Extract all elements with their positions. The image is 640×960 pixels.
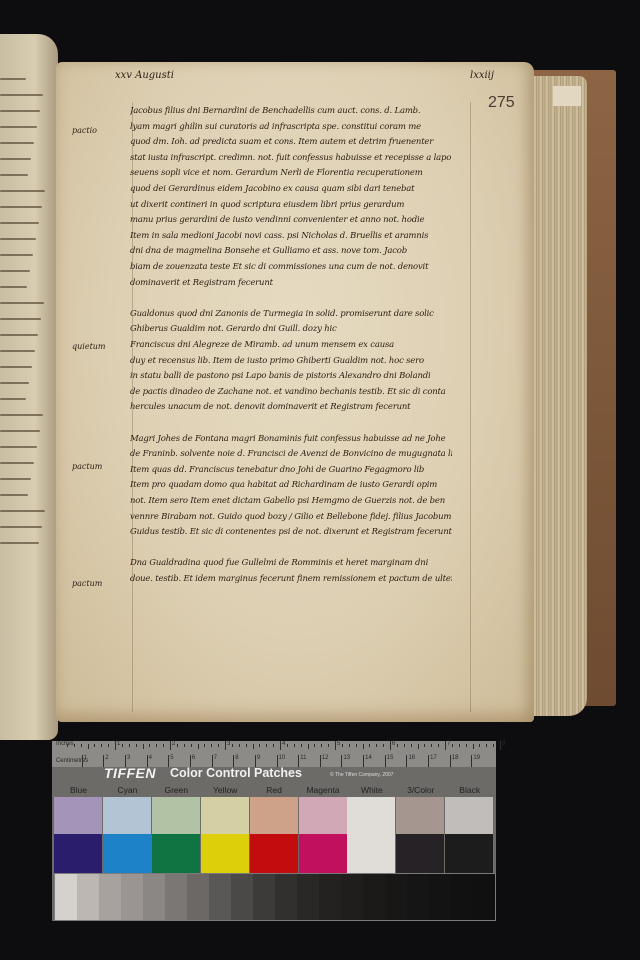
- margin-note: pactio: [72, 126, 97, 135]
- manuscript-line: de pactis dinadeo de Zachane not. et van…: [130, 387, 452, 398]
- color-patch-light: [152, 797, 200, 834]
- ruler-subtick: [479, 744, 480, 747]
- page-block-edges: [525, 76, 587, 716]
- left-page-line: [0, 142, 34, 144]
- cm-mark: 12: [322, 755, 329, 761]
- inches-label: Inches: [56, 741, 74, 747]
- ruler-subtick: [273, 744, 274, 747]
- cm-mark: 15: [387, 755, 394, 761]
- left-page-line: [0, 270, 30, 272]
- manuscript-line: vennre Birabam not. Guido quod bozy / Gi…: [130, 512, 452, 523]
- ruler-subtick: [198, 744, 199, 749]
- left-page-line: [0, 398, 26, 400]
- color-patch-saturated: [201, 834, 249, 873]
- patch-label-magenta: Magenta: [299, 785, 348, 795]
- grey-step: [385, 874, 407, 920]
- color-patch-light: [445, 797, 493, 834]
- ruler-subtick: [136, 744, 137, 747]
- manuscript-line: Ghiberus Gualdim not. Gerardo dni Guill.…: [130, 324, 452, 335]
- patch-label-red: Red: [250, 785, 299, 795]
- ruler-subtick: [349, 744, 350, 747]
- inch-tick: [280, 741, 281, 750]
- color-patch-light: [299, 797, 347, 834]
- ruler-subtick: [239, 744, 240, 747]
- left-page-line: [0, 94, 43, 96]
- ruler-subtick: [129, 744, 130, 747]
- manuscript-line: duy et recensus lib. Item de iusto primo…: [130, 356, 452, 367]
- manuscript-line: dominaverit et Registram fecerunt: [130, 278, 452, 289]
- grey-step: [341, 874, 363, 920]
- left-page-line: [0, 238, 36, 240]
- manuscript-text-block: Jacobus filius dni Bernardini de Benchad…: [130, 106, 452, 606]
- inch-mark: 2: [172, 741, 175, 747]
- left-page-line: [0, 286, 27, 288]
- grey-step: [165, 874, 187, 920]
- manuscript-line: biam de zouenzata teste Et sic di commis…: [130, 262, 452, 273]
- left-page-line: [0, 366, 32, 368]
- manuscript-line: ut dixerit contineri in quod scriptura e…: [130, 200, 452, 211]
- ruler-subtick: [328, 744, 329, 747]
- left-page-line: [0, 254, 33, 256]
- color-patch-light: [250, 797, 298, 834]
- patch-label-3-color: 3/Color: [396, 785, 445, 795]
- manuscript-line: lyam magri ghilin sui curatoris ad infra…: [130, 122, 452, 133]
- ruler-subtick: [204, 744, 205, 747]
- cm-mark: 5: [170, 755, 173, 761]
- left-page-line: [0, 494, 28, 496]
- ruler-subtick: [108, 744, 109, 747]
- grey-step: [297, 874, 319, 920]
- inch-tick: [500, 741, 501, 750]
- manuscript-line: de Franinb. solvente noie d. Francisci d…: [130, 449, 452, 460]
- ruler-subtick: [424, 744, 425, 747]
- left-page-line: [0, 462, 34, 464]
- ruler-subtick: [287, 744, 288, 747]
- cm-mark: 8: [235, 755, 238, 761]
- inch-mark: 5: [337, 741, 340, 747]
- manuscript-line: doue. testib. Et idem marginus fecerunt …: [130, 574, 452, 585]
- manuscript-line: quod dei Gerardinus eidem Jacobino ex ca…: [130, 184, 452, 195]
- left-page-line: [0, 190, 45, 192]
- ruler-subtick: [363, 744, 364, 749]
- left-page-line: [0, 174, 28, 176]
- cm-mark: 17: [430, 755, 437, 761]
- margin-note: quietum: [72, 342, 106, 351]
- inch-mark: 8: [502, 741, 505, 747]
- ruler-subtick: [452, 744, 453, 747]
- tiffen-color-target: Inches Centimetres 123456781234567891011…: [52, 741, 496, 921]
- ruler-subtick: [342, 744, 343, 747]
- tiffen-logo: TIFFEN: [104, 765, 156, 781]
- ruler-subtick: [177, 744, 178, 747]
- left-page-line: [0, 318, 41, 320]
- manuscript-line: manu prius gerardini de iusto vendinni c…: [130, 215, 452, 226]
- grey-step: [99, 874, 121, 920]
- grey-step: [473, 874, 495, 920]
- ruler-subtick: [266, 744, 267, 747]
- folio-number-pencil: 275: [488, 94, 515, 112]
- cm-mark: 2: [105, 755, 108, 761]
- cm-mark: 4: [149, 755, 152, 761]
- ruler-subtick: [314, 744, 315, 747]
- ruler-subtick: [356, 744, 357, 747]
- grey-step: [231, 874, 253, 920]
- left-page-line: [0, 158, 31, 160]
- left-page-line: [0, 526, 42, 528]
- manuscript-line: hercules unacum de not. denovit dominave…: [130, 402, 452, 413]
- cm-mark: 11: [300, 755, 306, 761]
- ruler-subtick: [411, 744, 412, 747]
- ruler-subtick: [308, 744, 309, 749]
- ruler-subtick: [486, 744, 487, 747]
- grey-step: [429, 874, 451, 920]
- color-patch-saturated: [445, 834, 493, 873]
- grey-step: [55, 874, 77, 920]
- left-page-line: [0, 110, 40, 112]
- left-page-line: [0, 126, 37, 128]
- manuscript-line: stat iusta infrascript. credimn. not. fu…: [130, 153, 452, 164]
- ruler-subtick: [232, 744, 233, 747]
- inch-tick: [225, 741, 226, 750]
- grey-step: [209, 874, 231, 920]
- ruler-subtick: [246, 744, 247, 747]
- grey-step: [275, 874, 297, 920]
- left-page-line: [0, 334, 38, 336]
- ruler-subtick: [184, 744, 185, 747]
- inch-tick: [335, 741, 336, 750]
- inch-tick: [115, 741, 116, 750]
- ruler-subtick: [74, 744, 75, 747]
- manuscript-line: Gualdonus quod dni Zanonis de Turmegia i…: [130, 309, 452, 320]
- ruler-subtick: [163, 744, 164, 747]
- ruler-subtick: [294, 744, 295, 747]
- left-page-text: [0, 78, 48, 578]
- measurement-ruler: Inches Centimetres 123456781234567891011…: [52, 741, 496, 767]
- left-page-line: [0, 510, 45, 512]
- ruler-subtick: [211, 744, 212, 747]
- left-page-line: [0, 542, 39, 544]
- color-patch-saturated: [299, 834, 347, 873]
- ruler-subtick: [466, 744, 467, 747]
- grey-step: [451, 874, 473, 920]
- manuscript-line: Item quas dd. Franciscus tenebatur dno J…: [130, 465, 452, 476]
- color-patch-light: [201, 797, 249, 834]
- ruler-subtick: [473, 744, 474, 749]
- ruler-subtick: [404, 744, 405, 747]
- ruler-subtick: [376, 744, 377, 747]
- patch-label-yellow: Yellow: [201, 785, 250, 795]
- brand-row: TIFFEN Color Control Patches © The Tiffe…: [52, 765, 496, 785]
- grey-step: [143, 874, 165, 920]
- ruler-subtick: [253, 744, 254, 749]
- color-patch-saturated: [152, 834, 200, 873]
- manuscript-line: Guidus testib. Et sic di contenentes psi…: [130, 527, 452, 538]
- manuscript-line: in statu balli de pastono psi Lapo banis…: [130, 371, 452, 382]
- color-patch-light: [54, 797, 102, 834]
- patch-label-blue: Blue: [54, 785, 103, 795]
- ruler-subtick: [67, 744, 68, 747]
- grey-step: [407, 874, 429, 920]
- left-page-line: [0, 446, 37, 448]
- margin-note: pactum: [72, 579, 102, 588]
- manuscript-line: Jacobus filius dni Bernardini de Benchad…: [130, 106, 452, 117]
- inch-mark: 1: [117, 741, 120, 747]
- white-patch: [347, 797, 395, 873]
- copyright-note: © The Tiffen Company, 2007: [330, 772, 393, 778]
- cm-mark: 6: [192, 755, 195, 761]
- cm-mark: 7: [214, 755, 217, 761]
- color-patch-saturated: [103, 834, 151, 873]
- margin-note: pactum: [72, 462, 102, 471]
- inch-mark: 6: [392, 741, 395, 747]
- cm-mark: 10: [279, 755, 286, 761]
- ruler-subtick: [383, 744, 384, 747]
- patch-label-green: Green: [152, 785, 201, 795]
- ruler-subtick: [301, 744, 302, 747]
- ruler-subtick: [438, 744, 439, 747]
- ruler-subtick: [149, 744, 150, 747]
- manuscript-line: seuens sopli vice et nom. Gerardum Nerli…: [130, 168, 452, 179]
- cm-mark: 13: [343, 755, 350, 761]
- cm-mark: 14: [365, 755, 372, 761]
- ruler-subtick: [156, 744, 157, 747]
- manuscript-line: Franciscus dni Alegreze de Miramb. ad un…: [130, 340, 452, 351]
- ruler-subtick: [459, 744, 460, 747]
- running-header-date: xxv Augusti: [115, 70, 174, 81]
- grey-scale-strip: [54, 873, 496, 921]
- inch-tick: [390, 741, 391, 750]
- cm-mark: 3: [127, 755, 130, 761]
- left-page-line: [0, 206, 42, 208]
- ruler-subtick: [191, 744, 192, 747]
- ruler-subtick: [369, 744, 370, 747]
- left-page-line: [0, 350, 35, 352]
- ruler-subtick: [431, 744, 432, 747]
- color-patch-light: [396, 797, 444, 834]
- ruling-line-right: [470, 102, 471, 712]
- left-page-line: [0, 414, 43, 416]
- left-page-line: [0, 222, 39, 224]
- color-patch-saturated: [54, 834, 102, 873]
- ruler-subtick: [418, 744, 419, 749]
- grey-step: [77, 874, 99, 920]
- left-page-line: [0, 382, 29, 384]
- patch-label-cyan: Cyan: [103, 785, 152, 795]
- grey-step: [187, 874, 209, 920]
- manuscript-line: quod dm. Ioh. ad predicta suam et cons. …: [130, 137, 452, 148]
- left-page-line: [0, 78, 26, 80]
- inch-tick: [170, 741, 171, 750]
- running-header-folio-roman: lxxiij: [470, 70, 494, 81]
- patch-label-white: White: [347, 785, 396, 795]
- color-patch-light: [103, 797, 151, 834]
- patch-label-black: Black: [445, 785, 494, 795]
- grey-step: [253, 874, 275, 920]
- inch-mark: 4: [282, 741, 285, 747]
- ruler-subtick: [88, 744, 89, 749]
- left-page-line: [0, 478, 31, 480]
- ruler-subtick: [218, 744, 219, 747]
- ruler-subtick: [143, 744, 144, 749]
- grey-step: [319, 874, 341, 920]
- patch-labels: BlueCyanGreenYellowRedMagentaWhite3/Colo…: [52, 785, 496, 797]
- inch-tick: [445, 741, 446, 750]
- inch-mark: 3: [227, 741, 230, 747]
- ruler-subtick: [493, 744, 494, 747]
- manuscript-line: Item in sala medioni Jacobi novi cass. p…: [130, 231, 452, 242]
- page-edge-tab: [553, 86, 581, 106]
- manuscript-line: Dna Gualdradina quod fue Gullelmi de Rom…: [130, 558, 452, 569]
- manuscript-line: Magri Johes de Fontana magri Bonaminis f…: [130, 434, 452, 445]
- cm-mark: 18: [452, 755, 459, 761]
- color-patch-saturated: [396, 834, 444, 873]
- grey-step: [121, 874, 143, 920]
- ruler-subtick: [397, 744, 398, 747]
- manuscript-line: Item pro quadam domo qua habitat ad Rich…: [130, 480, 452, 491]
- chart-title: Color Control Patches: [170, 766, 302, 780]
- ruler-subtick: [259, 744, 260, 747]
- inch-mark: 7: [447, 741, 450, 747]
- grey-step: [363, 874, 385, 920]
- ruler-subtick: [122, 744, 123, 747]
- cm-mark: 9: [257, 755, 260, 761]
- ruler-subtick: [81, 744, 82, 747]
- manuscript-line: not. Item sero Item enet dictam Gabello …: [130, 496, 452, 507]
- left-page-line: [0, 302, 44, 304]
- manuscript-line: dni dna de magmelina Bonsehe et Gulliamo…: [130, 246, 452, 257]
- left-page-line: [0, 430, 40, 432]
- ruler-subtick: [321, 744, 322, 747]
- ruler-subtick: [101, 744, 102, 747]
- cm-mark: 19: [473, 755, 480, 761]
- ruler-subtick: [94, 744, 95, 747]
- cm-mark: 1: [84, 755, 87, 761]
- cm-mark: 16: [408, 755, 415, 761]
- color-patch-saturated: [250, 834, 298, 873]
